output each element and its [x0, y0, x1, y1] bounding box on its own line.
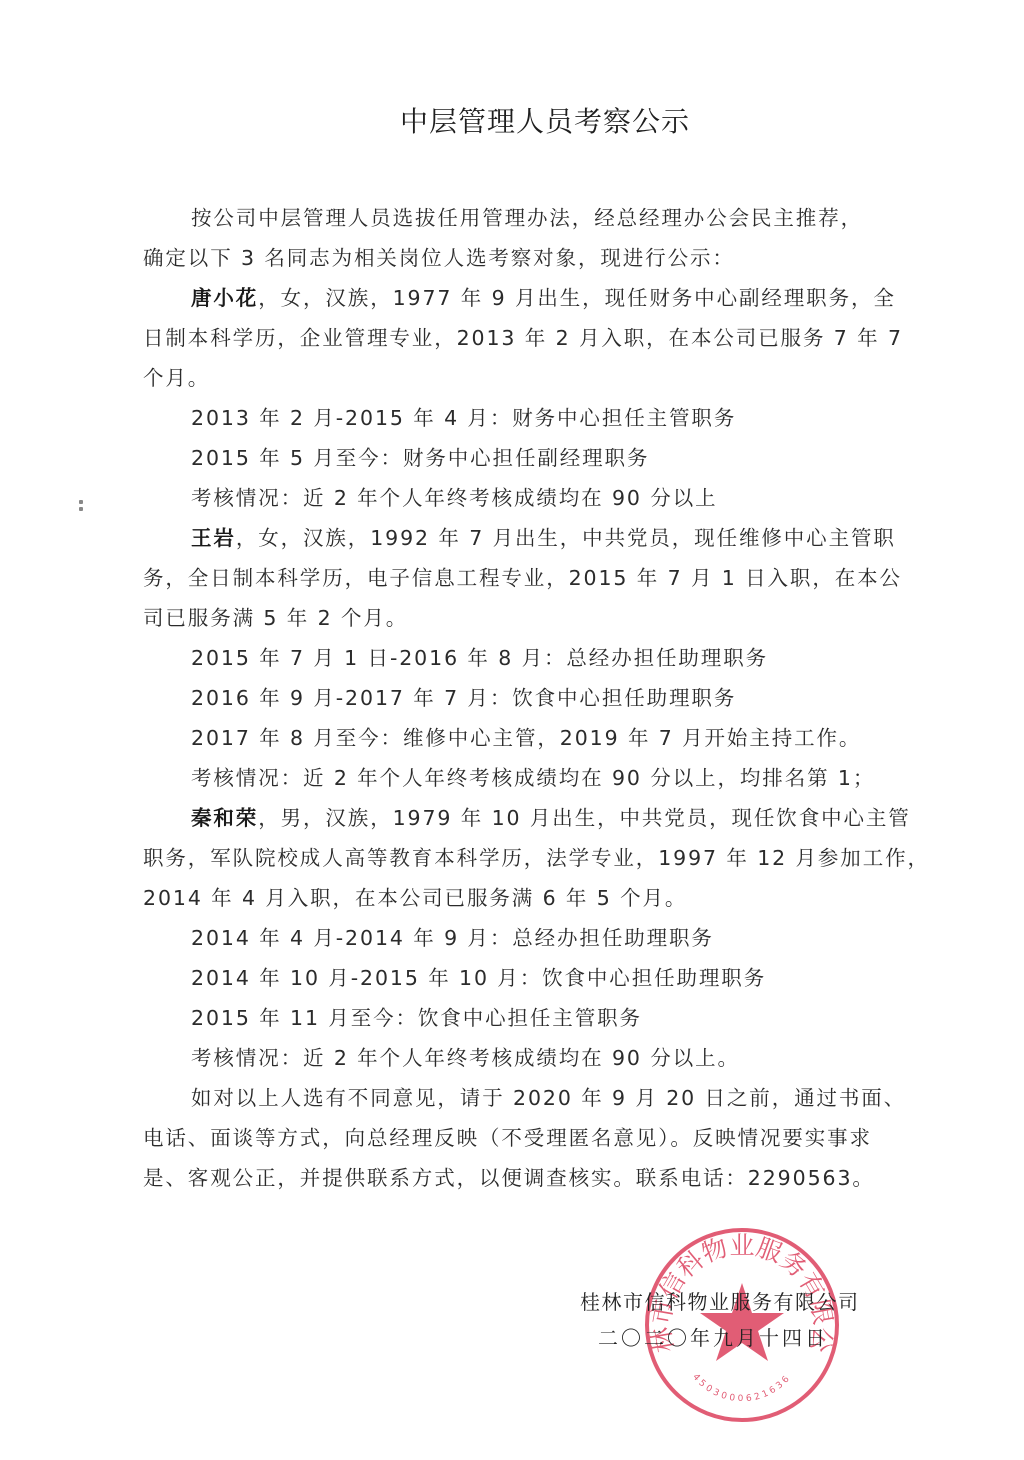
signature-company: 桂林市信科物业服务有限公司	[580, 1286, 860, 1315]
closing-paragraph: 如对以上人选有不同意见，请于 2020 年 9 月 20 日之前，通过书面、 电…	[143, 1078, 943, 1198]
candidate-summary-line: 日制本科学历，企业管理专业，2013 年 2 月入职，在本公司已服务 7 年 7	[143, 318, 943, 358]
career-history-item: 2015 年 5 月至今：财务中心担任副经理职务	[143, 438, 943, 478]
assessment-line: 考核情况：近 2 年个人年终考核成绩均在 90 分以上	[143, 478, 943, 518]
closing-line: 电话、面谈等方式，向总经理反映（不受理匿名意见）。反映情况要实事求	[143, 1118, 943, 1158]
candidate-section: 王岩，女，汉族，1992 年 7 月出生，中共党员，现任维修中心主管职 务，全日…	[143, 518, 943, 798]
career-history-item: 2014 年 10 月-2015 年 10 月：饮食中心担任助理职务	[143, 958, 943, 998]
career-history-item: 2015 年 11 月至今：饮食中心担任主管职务	[143, 998, 943, 1038]
candidate-summary-text: ，女，汉族，1992 年 7 月出生，中共党员，现任维修中心主管职	[236, 526, 896, 550]
document-body: 按公司中层管理人员选拔任用管理办法，经总经理办公会民主推荐， 确定以下 3 名同…	[143, 198, 943, 1198]
candidate-summary-line: 务，全日制本科学历，电子信息工程专业，2015 年 7 月 1 日入职，在本公	[143, 558, 943, 598]
candidate-summary-line: 秦和荣，男，汉族，1979 年 10 月出生，中共党员，现任饮食中心主管	[143, 798, 943, 838]
document-title: 中层管理人员考察公示	[0, 100, 1024, 140]
candidate-summary-line: 王岩，女，汉族，1992 年 7 月出生，中共党员，现任维修中心主管职	[143, 518, 943, 558]
closing-line: 如对以上人选有不同意见，请于 2020 年 9 月 20 日之前，通过书面、	[143, 1078, 943, 1118]
career-history-item: 2016 年 9 月-2017 年 7 月：饮食中心担任助理职务	[143, 678, 943, 718]
candidate-summary-text: ，女，汉族，1977 年 9 月出生，现任财务中心副经理职务，全	[258, 286, 896, 310]
candidate-section: 唐小花，女，汉族，1977 年 9 月出生，现任财务中心副经理职务，全 日制本科…	[143, 278, 943, 518]
seal-number: 4503000621636	[690, 1372, 793, 1404]
career-history-item: 2015 年 7 月 1 日-2016 年 8 月：总经办担任助理职务	[143, 638, 943, 678]
candidate-summary-line: 职务，军队院校成人高等教育本科学历，法学专业，1997 年 12 月参加工作，	[143, 838, 943, 878]
candidate-summary-text: ，男，汉族，1979 年 10 月出生，中共党员，现任饮食中心主管	[258, 806, 911, 830]
intro-line: 按公司中层管理人员选拔任用管理办法，经总经理办公会民主推荐，	[143, 198, 943, 238]
candidate-summary-line: 2014 年 4 月入职，在本公司已服务满 6 年 5 个月。	[143, 878, 943, 918]
intro-line: 确定以下 3 名同志为相关岗位人选考察对象，现进行公示：	[143, 238, 943, 278]
candidate-summary-line: 唐小花，女，汉族，1977 年 9 月出生，现任财务中心副经理职务，全	[143, 278, 943, 318]
career-history-item: 2013 年 2 月-2015 年 4 月：财务中心担任主管职务	[143, 398, 943, 438]
candidate-name: 唐小花	[191, 286, 258, 310]
candidate-section: 秦和荣，男，汉族，1979 年 10 月出生，中共党员，现任饮食中心主管 职务，…	[143, 798, 943, 1078]
closing-line: 是、客观公正，并提供联系方式，以便调查核实。联系电话：2290563。	[143, 1158, 943, 1198]
assessment-line: 考核情况：近 2 年个人年终考核成绩均在 90 分以上，均排名第 1；	[143, 758, 943, 798]
candidate-summary-line: 个月。	[143, 358, 943, 398]
signature-date: 二〇二〇年九月十四日	[598, 1322, 828, 1351]
assessment-line: 考核情况：近 2 年个人年终考核成绩均在 90 分以上。	[143, 1038, 943, 1078]
career-history-item: 2017 年 8 月至今：维修中心主管，2019 年 7 月开始主持工作。	[143, 718, 943, 758]
career-history-item: 2014 年 4 月-2014 年 9 月：总经办担任助理职务	[143, 918, 943, 958]
scan-speck	[78, 497, 84, 519]
candidate-name: 秦和荣	[191, 806, 258, 830]
candidate-summary-line: 司已服务满 5 年 2 个月。	[143, 598, 943, 638]
candidate-name: 王岩	[191, 526, 236, 550]
